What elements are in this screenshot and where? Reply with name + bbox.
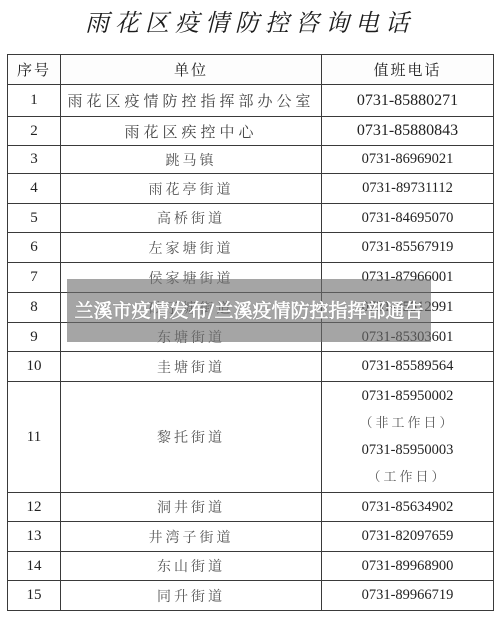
row-index: 8 <box>8 293 61 323</box>
row-index: 7 <box>8 263 61 293</box>
row-index: 14 <box>8 552 61 581</box>
row-unit: 雨花亭街道 <box>61 174 322 204</box>
table-row: 15 同升街道 0731-89966719 <box>8 581 494 611</box>
row-index: 2 <box>8 117 61 146</box>
row-unit: 左家塘街道 <box>61 233 322 263</box>
phone-non-workday: 0731-85950002 <box>322 383 493 410</box>
row-index: 5 <box>8 204 61 233</box>
table-row: 2 雨花区疾控中心 0731-85880843 <box>8 117 494 146</box>
row-index: 6 <box>8 233 61 263</box>
table-header-row: 序号 单位 值班电话 <box>8 55 494 85</box>
row-phone: 0731-85880843 <box>322 117 494 146</box>
row-unit: 雨花区疾控中心 <box>61 117 322 146</box>
table-row: 4 雨花亭街道 0731-89731112 <box>8 174 494 204</box>
note-workday: （工作日） <box>322 464 493 491</box>
row-phone: 0731-85589564 <box>322 352 494 382</box>
row-index: 10 <box>8 352 61 382</box>
row-phone: 0731-82097659 <box>322 522 494 552</box>
row-unit: 井湾子街道 <box>61 522 322 552</box>
phone-workday: 0731-85950003 <box>322 437 493 464</box>
caption-overlay: 兰溪市疫情发布/兰溪疫情防控指挥部通告 <box>67 279 431 342</box>
row-unit: 黎托街道 <box>61 382 322 493</box>
row-index: 1 <box>8 85 61 117</box>
row-index: 13 <box>8 522 61 552</box>
row-phone: 0731-85567919 <box>322 233 494 263</box>
table-row: 3 跳马镇 0731-86969021 <box>8 146 494 174</box>
row-index: 4 <box>8 174 61 204</box>
table-row: 10 圭塘街道 0731-85589564 <box>8 352 494 382</box>
row-phone: 0731-84695070 <box>322 204 494 233</box>
row-phone: 0731-86969021 <box>322 146 494 174</box>
table-row: 12 洞井街道 0731-85634902 <box>8 493 494 522</box>
row-unit: 洞井街道 <box>61 493 322 522</box>
header-index: 序号 <box>8 55 61 85</box>
table-row: 13 井湾子街道 0731-82097659 <box>8 522 494 552</box>
table-row: 6 左家塘街道 0731-85567919 <box>8 233 494 263</box>
row-unit: 雨花区疫情防控指挥部办公室 <box>61 85 322 117</box>
row-phone: 0731-89731112 <box>322 174 494 204</box>
row-phone-multi: 0731-85950002 （非工作日） 0731-85950003 （工作日） <box>322 382 494 493</box>
table-row: 11 黎托街道 0731-85950002 （非工作日） 0731-859500… <box>8 382 494 493</box>
row-phone: 0731-85880271 <box>322 85 494 117</box>
row-unit: 高桥街道 <box>61 204 322 233</box>
row-index: 9 <box>8 323 61 352</box>
row-index: 3 <box>8 146 61 174</box>
note-non-workday: （非工作日） <box>322 410 493 437</box>
row-phone: 0731-89968900 <box>322 552 494 581</box>
row-unit: 东山街道 <box>61 552 322 581</box>
header-phone: 值班电话 <box>322 55 494 85</box>
caption-text: 兰溪市疫情发布/兰溪疫情防控指挥部通告 <box>75 299 424 323</box>
row-index: 11 <box>8 382 61 493</box>
row-unit: 跳马镇 <box>61 146 322 174</box>
row-phone: 0731-85634902 <box>322 493 494 522</box>
table-row: 1 雨花区疫情防控指挥部办公室 0731-85880271 <box>8 85 494 117</box>
row-unit: 同升街道 <box>61 581 322 611</box>
row-index: 12 <box>8 493 61 522</box>
row-unit: 圭塘街道 <box>61 352 322 382</box>
table-row: 5 高桥街道 0731-84695070 <box>8 204 494 233</box>
document-title: 雨花区疫情防控咨询电话 <box>0 8 500 38</box>
row-index: 15 <box>8 581 61 611</box>
table-row: 14 东山街道 0731-89968900 <box>8 552 494 581</box>
row-phone: 0731-89966719 <box>322 581 494 611</box>
header-unit: 单位 <box>61 55 322 85</box>
